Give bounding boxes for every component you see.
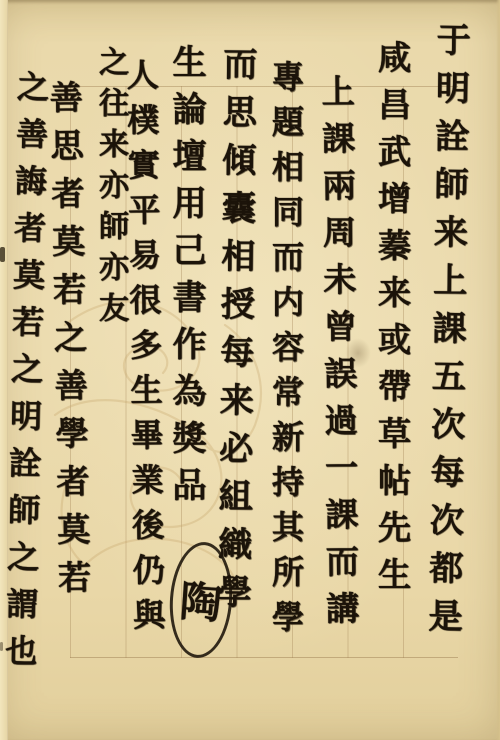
calligraphy-column-1: 于明詮師来上課五次每次都是 [414, 22, 479, 647]
manuscript-paper: 于明詮師来上課五次每次都是 咸昌武增蓁来或帶草帖先生 上課兩周未曾誤過一課而講 … [0, 0, 500, 740]
calligraphy-column-4: 專題相同而内容常新持其所學 [258, 60, 314, 645]
calligraphy-column-2: 咸昌武增蓁来或帶草帖先生 [364, 40, 420, 604]
paper-right-edge [496, 0, 500, 740]
circled-character-glyph: 陶 [178, 569, 224, 632]
calligraphy-column-3: 上課兩周未曾誤過一課而講 [308, 74, 369, 638]
